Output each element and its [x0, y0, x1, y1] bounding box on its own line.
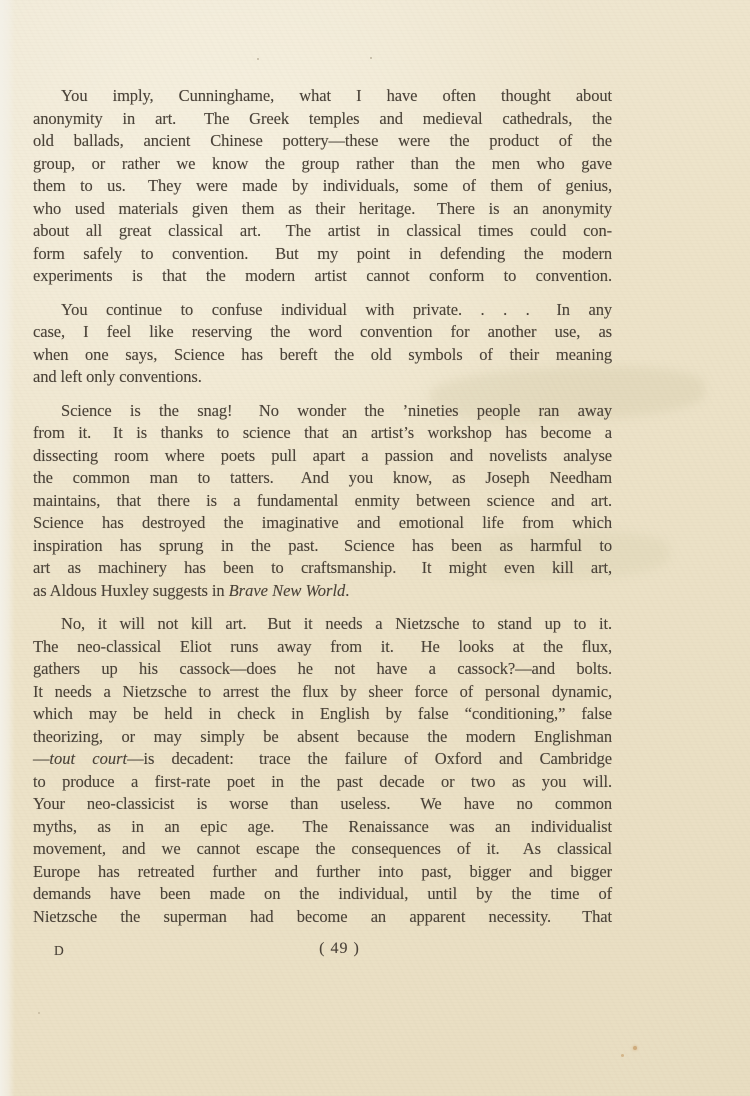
page-number-row: ( 49 ) — [33, 939, 612, 959]
text-line: about all great classical art. The artis… — [33, 220, 612, 243]
paragraph: Science is the snag! No wonder the ’nine… — [33, 400, 612, 603]
dust-speck — [38, 1012, 40, 1014]
text-line: demands have been made on the individual… — [33, 883, 612, 906]
text-line: It needs a Nietzsche to arrest the flux … — [33, 681, 612, 704]
text-line: You imply, Cunninghame, what I have ofte… — [33, 85, 612, 108]
page-edge-highlight — [0, 0, 15, 1096]
text-line: case, I feel like reserving the word con… — [33, 321, 612, 344]
foxing-spot — [633, 1046, 637, 1050]
foxing-spot — [621, 1054, 624, 1057]
text-line: to produce a first-rate poet in the past… — [33, 771, 612, 794]
text-line: Science is the snag! No wonder the ’nine… — [33, 400, 612, 423]
text-line: Europe has retreated further and further… — [33, 861, 612, 884]
text-line: as Aldous Huxley suggests in Brave New W… — [33, 580, 612, 603]
text-line: art as machinery has been to craftsmansh… — [33, 557, 612, 580]
paragraph: No, it will not kill art. But it needs a… — [33, 613, 612, 928]
page-number: ( 49 ) — [319, 939, 360, 959]
paragraph: You continue to confuse individual with … — [33, 299, 612, 389]
dust-speck — [370, 57, 372, 59]
text-line: experiments is that the modern artist ca… — [33, 265, 612, 288]
text-line: —tout court—is decadent: trace the failu… — [33, 748, 612, 771]
text-line: the common man to tatters. And you know,… — [33, 467, 612, 490]
text-line: theorizing, or may simply be absent beca… — [33, 726, 612, 749]
text-line: them to us. They were made by individual… — [33, 175, 612, 198]
text-line: inspiration has sprung in the past. Scie… — [33, 535, 612, 558]
text-line: dissecting room where poets pull apart a… — [33, 445, 612, 468]
text-line: form safely to convention. But my point … — [33, 243, 612, 266]
text-line: old ballads, ancient Chinese pottery—the… — [33, 130, 612, 153]
text-line: who used materials given them as their h… — [33, 198, 612, 221]
dust-speck — [257, 58, 259, 60]
text-line: movement, and we cannot escape the conse… — [33, 838, 612, 861]
book-page: You imply, Cunninghame, what I have ofte… — [0, 0, 750, 1096]
text-line: anonymity in art. The Greek temples and … — [33, 108, 612, 131]
text-line: from it. It is thanks to science that an… — [33, 422, 612, 445]
text-line: myths, as in an epic age. The Renaissanc… — [33, 816, 612, 839]
text-line: when one says, Science has bereft the ol… — [33, 344, 612, 367]
text-line: Nietzsche the superman had become an app… — [33, 906, 612, 929]
text-line: No, it will not kill art. But it needs a… — [33, 613, 612, 636]
text-line: group, or rather we know the group rathe… — [33, 153, 612, 176]
text-line: which may be held in check in English by… — [33, 703, 612, 726]
paragraph: You imply, Cunninghame, what I have ofte… — [33, 85, 612, 288]
text-line: maintains, that there is a fundamental e… — [33, 490, 612, 513]
text-line: The neo-classical Eliot runs away from i… — [33, 636, 612, 659]
text-line: You continue to confuse individual with … — [33, 299, 612, 322]
body-text: You imply, Cunninghame, what I have ofte… — [33, 85, 612, 928]
text-line: Science has destroyed the imaginative an… — [33, 512, 612, 535]
text-line: and left only conventions. — [33, 366, 612, 389]
text-line: gathers up his cassock—does he not have … — [33, 658, 612, 681]
text-line: Your neo-classicist is worse than useles… — [33, 793, 612, 816]
